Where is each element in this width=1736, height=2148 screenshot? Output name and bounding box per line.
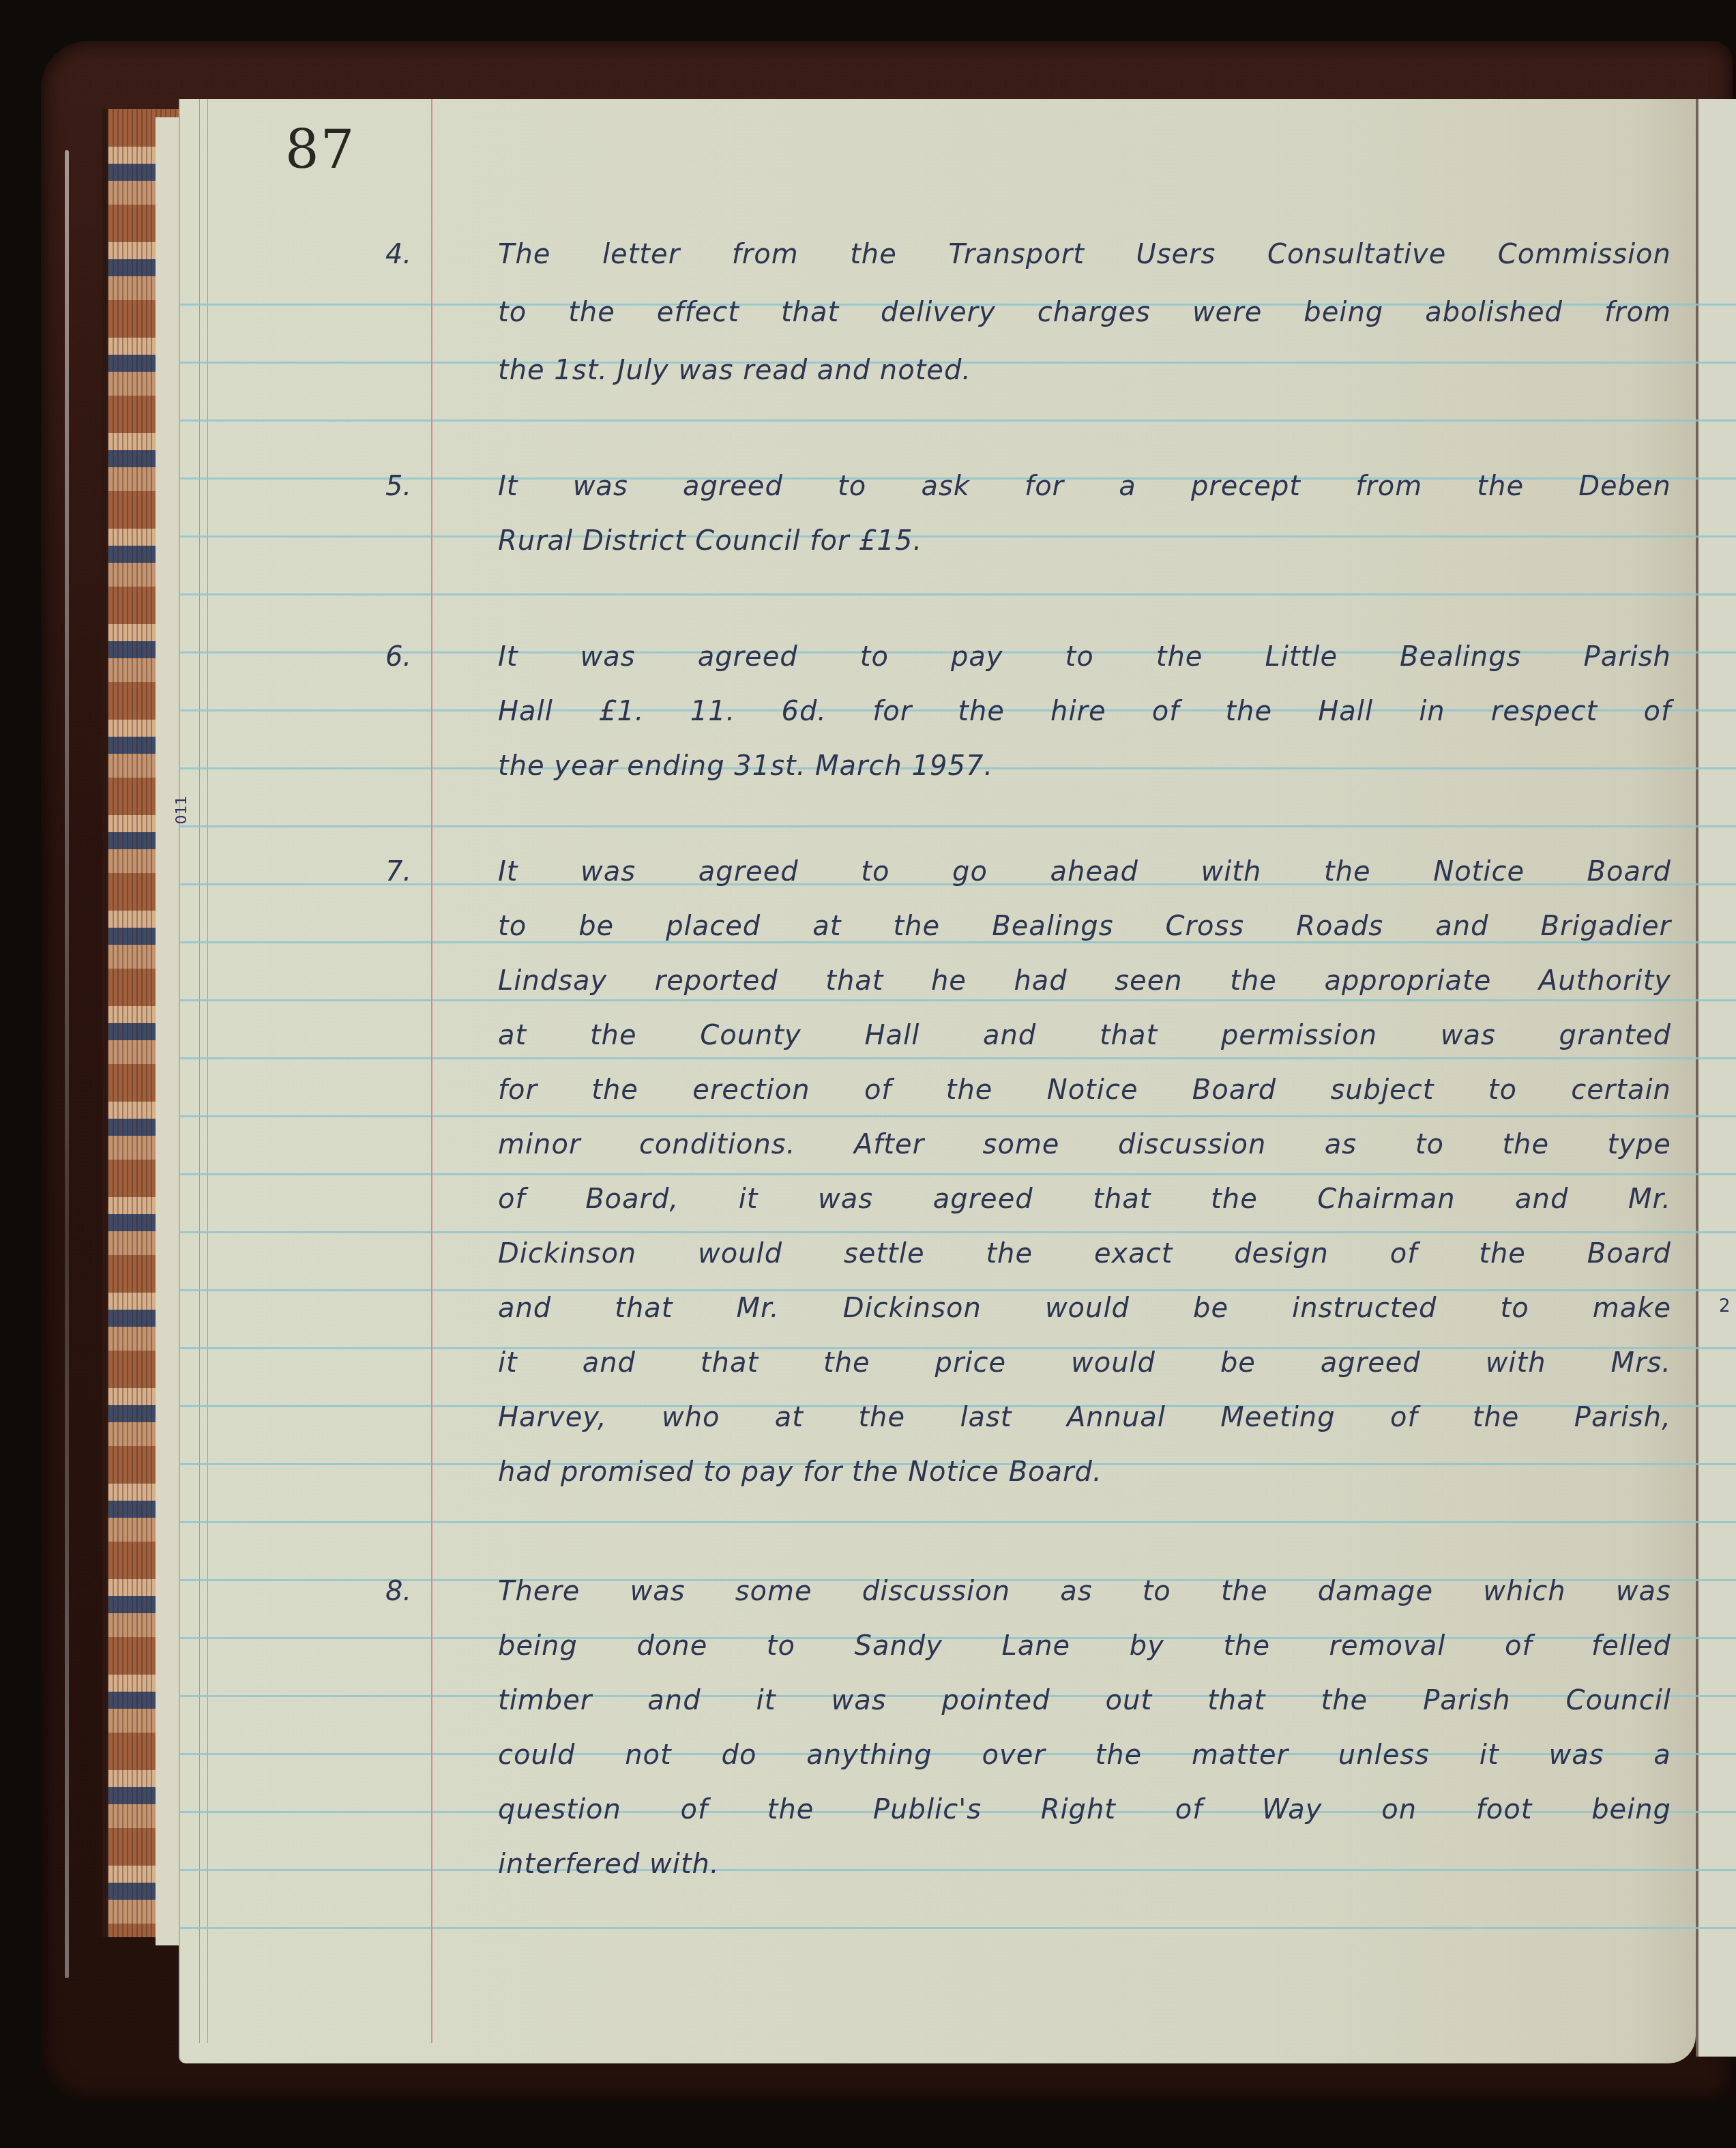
ruled-line [179,999,1736,1001]
minute-line: andthatMr.Dickinsonwouldbeinstructedtoma… [498,1293,1671,1324]
ruled-line [179,825,1736,827]
minute-line: ofBoard,itwasagreedthattheChairmanandMr. [498,1183,1671,1215]
minute-line: questionofthePublic'sRightofWayonfootbei… [498,1794,1671,1825]
minute-line: ItwasagreedtopaytotheLittleBealingsParis… [498,641,1671,673]
minute-number: 7. [385,856,411,887]
page-edge-line [199,99,200,2043]
page-edge-line [207,99,208,2043]
minute-line: itandthatthepricewouldbeagreedwithMrs. [498,1347,1671,1379]
ruled-line [179,1057,1736,1059]
ruled-line [179,1521,1736,1523]
minute-line: had promised to pay for the Notice Board… [498,1456,1671,1488]
minute-line: DickinsonwouldsettletheexactdesignoftheB… [498,1238,1671,1269]
ruled-line [179,1231,1736,1233]
minute-line: couldnotdoanythingoverthematterunlessitw… [498,1739,1671,1771]
minute-line: tobeplacedattheBealingsCrossRoadsandBrig… [498,911,1671,942]
minute-line: Rural District Council for £15. [498,525,1671,557]
minute-number: 8. [385,1576,411,1607]
minute-line: interfered with. [498,1849,1671,1880]
minute-line: Hall£1.11.6d.forthehireoftheHallinrespec… [498,696,1671,727]
minute-line: Harvey,whoatthelastAnnualMeetingofthePar… [498,1402,1671,1433]
minute-line: timberanditwaspointedoutthattheParishCou… [498,1685,1671,1716]
minute-number: 4. [385,239,411,270]
cover-highlight [65,150,69,1978]
ruled-line [179,420,1736,422]
ruled-line [179,1289,1736,1291]
minute-line: Therewassomediscussionastothedamagewhich… [498,1576,1671,1607]
minute-line: totheeffectthatdeliverychargeswerebeinga… [498,297,1671,328]
minute-line: fortheerectionoftheNoticeBoardsubjecttoc… [498,1074,1671,1106]
margin-pencil-note: 011 [173,796,190,825]
red-margin-line [431,99,432,2043]
ruled-line [179,593,1736,595]
minute-line: the year ending 31st. March 1957. [498,750,1671,782]
minute-line: the 1st. July was read and noted. [498,355,1671,386]
facing-page-edge [1696,99,1736,2057]
minute-line: ItwasagreedtoaskforapreceptfromtheDeben [498,471,1671,502]
ruled-line [179,1927,1736,1929]
ruled-line [179,1173,1736,1175]
minute-line: minorconditions.Aftersomediscussionastot… [498,1129,1671,1160]
minute-line: ItwasagreedtogoaheadwiththeNoticeBoard [498,856,1671,887]
minute-line: attheCountyHallandthatpermissionwasgrant… [498,1020,1671,1051]
minute-line: beingdonetoSandyLanebytheremovaloffelled [498,1630,1671,1662]
minute-number: 5. [385,471,411,502]
facing-page-mark: 2 [1719,1296,1731,1316]
page-number: 87 [285,119,355,181]
minute-line: TheletterfromtheTransportUsersConsultati… [498,239,1671,270]
ruled-line [179,1115,1736,1117]
minute-number: 6. [385,641,411,673]
minute-line: Lindsayreportedthathehadseentheappropria… [498,965,1671,997]
